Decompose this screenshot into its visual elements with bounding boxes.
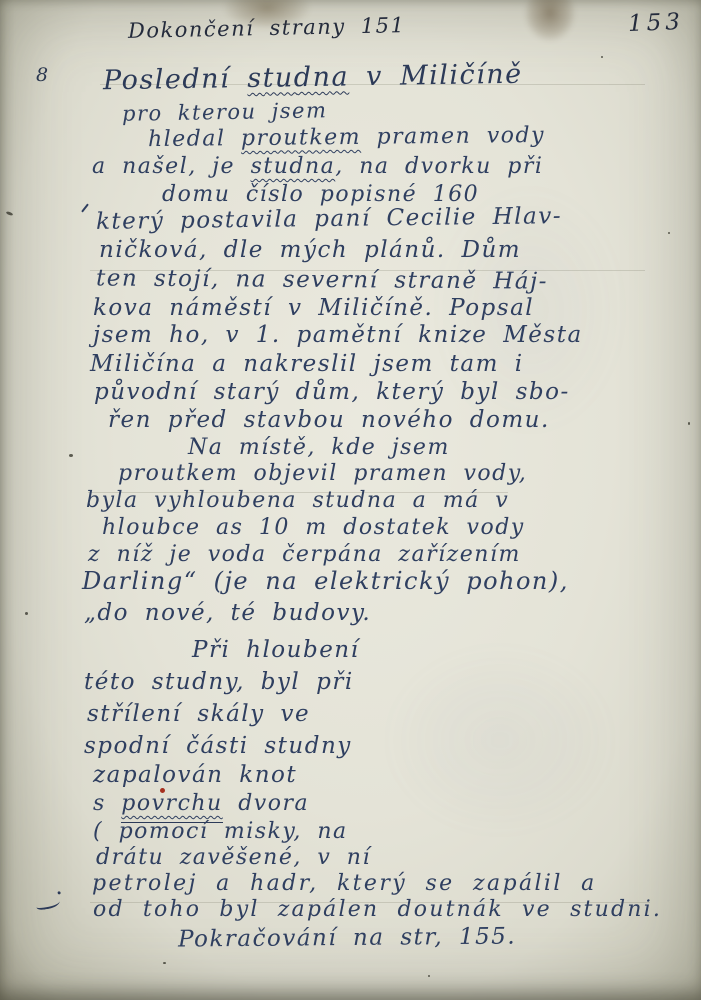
paper-speck [25,612,28,615]
handwritten-line: petrolej a hadr, který se zapálil a [92,873,597,895]
line-text: dvora [223,791,309,816]
handwritten-line: s povrchu dvora [93,793,309,815]
handwritten-line: pro kterou jsem [122,100,328,125]
handwritten-line: střílení skály ve [87,703,310,726]
handwritten-line: původní starý dům, který byl sbo- [94,381,570,404]
handwritten-line: a našel, je studna, na dvorku při [92,156,543,178]
handwritten-line: ten stojí, na severní straně Háj- [96,267,548,293]
paper-speck [668,232,670,234]
handwritten-line: „do nové, té budovy. [84,602,371,625]
title-underlined-word: studna [247,61,349,94]
handwritten-line: hloubce as 10 m dostatek vody [102,517,525,539]
handwritten-line: Na místě, kde jsem [188,437,450,459]
handwritten-line: této studny, byl při [84,671,354,694]
handwritten-line: spodní části studny [84,735,352,758]
handwritten-line: řen před stavbou nového domu. [108,409,550,432]
entry-title: Poslední studna v Miličíně [103,61,523,95]
margin-entry-number: 8 [36,66,50,85]
line-text: a našel, je [92,154,251,179]
paper-speck [688,422,690,425]
handwritten-line: ( pomocí misky, na [93,821,348,843]
ink-stain-top-right [524,0,576,42]
page-number: 153 [628,11,685,36]
line-text: pramen vody [361,123,545,150]
handwritten-line: byla vyhloubena studna a má v [86,490,509,512]
red-ink-dot [160,788,165,793]
handwritten-line: zapalován knot [93,764,297,787]
line-text: , na dvorku při [335,154,543,179]
continuation-note: Dokončení strany 151 [128,15,406,42]
line-text: s [93,791,121,816]
title-text: Poslední [103,63,248,96]
handwritten-line: Darling“ (je na elektrický pohon), [82,569,569,593]
handwritten-line: ničková, dle mých plánů. Dům [99,239,521,262]
manuscript-page: Dokončení strany 151 153 8 Poslední stud… [0,0,701,1000]
handwritten-line: domu číslo popisné 160 [162,184,479,206]
continuation-footer: Pokračování na str, 155. [178,926,516,952]
handwritten-line: Miličína a nakreslil jsem tam i [90,353,524,376]
handwritten-line: drátu zavěšené, v ní [96,847,371,869]
title-text: v Miličíně [349,59,523,93]
handwritten-line: od toho byl zapálen doutnák ve studni. [93,899,662,921]
paper-speck [428,975,430,977]
handwritten-line: který postavila paní Cecilie Hlav- [96,205,562,234]
paper-speck [6,211,14,216]
paper-speck [163,962,166,964]
handwritten-line: kova náměstí v Miličíně. Popsal [93,297,534,320]
paper-speck [601,56,603,58]
line-text: hledal [148,126,241,152]
handwritten-line: proutkem objevil pramen vody, [118,463,527,485]
handwritten-line: Při hloubení [192,639,359,662]
stray-ink-mark [81,203,89,212]
ink-bleed-through [380,640,620,840]
underlined-word: studna [251,154,336,179]
paper-speck [69,454,73,457]
handwritten-line: z níž je voda čerpána zařízením [88,544,521,566]
underlined-word: proutkem [241,125,361,151]
handwritten-line: hledal proutkem pramen vody [148,125,545,151]
handwritten-line: jsem ho, v 1. pamětní knize Města [93,324,583,347]
stray-ink-checkmark [35,896,60,910]
